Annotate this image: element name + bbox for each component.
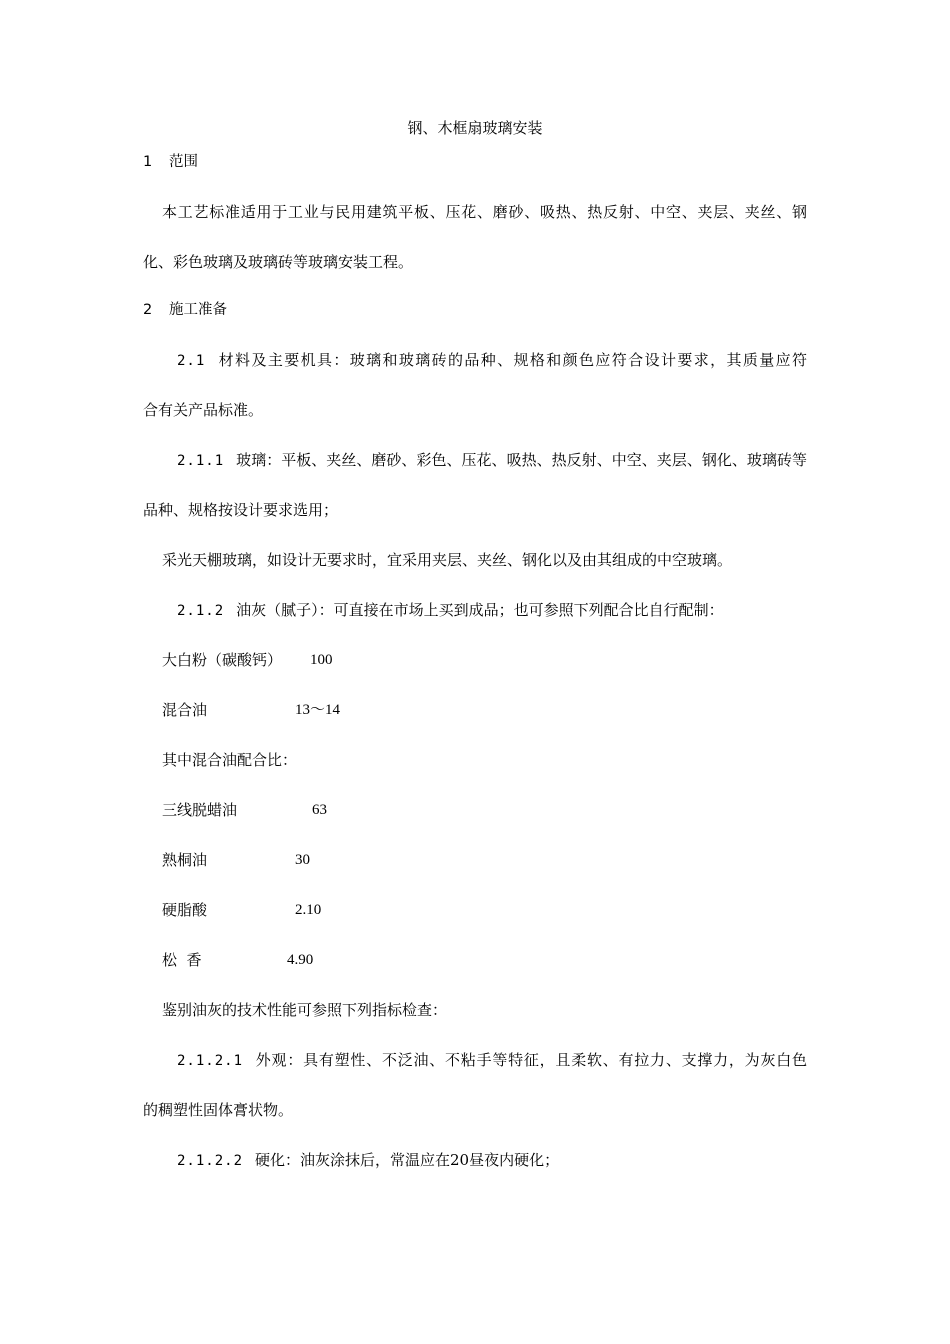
mix-item-name: 松 香 [162, 950, 202, 970]
clause-number: 2.1.2.2 [177, 1153, 243, 1169]
mix-item-value: 30 [295, 850, 310, 870]
clause-2-1-line1: 2.1材料及主要机具：玻璃和玻璃砖的品种、规格和颜色应符合设计要求，其质量应符 [177, 350, 807, 371]
clause-number: 2.1.2.1 [177, 1053, 243, 1069]
mix-item-name: 三线脱蜡油 [162, 800, 237, 820]
mix-item-value: 100 [310, 650, 333, 670]
clause-2-1-1-line1: 2.1.1玻璃：平板、夹丝、磨砂、彩色、压花、吸热、热反射、中空、夹层、钢化、玻… [177, 450, 807, 471]
check-label: 鉴别油灰的技术性能可参照下列指标检查： [162, 1000, 447, 1020]
clause-text: 玻璃：平板、夹丝、磨砂、彩色、压花、吸热、热反射、中空、夹层、钢化、玻璃砖等 [236, 451, 807, 469]
clause-2-1-2-1-line1: 2.1.2.1外观：具有塑性、不泛油、不粘手等特征，且柔软、有拉力、支撑力，为灰… [177, 1050, 807, 1071]
paragraph-line: 本工艺标准适用于工业与民用建筑平板、压花、磨砂、吸热、热反射、中空、夹层、夹丝、… [162, 202, 807, 222]
mix-item-value: 63 [312, 800, 327, 820]
mix-item-value: 4.90 [287, 950, 313, 970]
clause-2-1-2-line1: 2.1.2油灰（腻子）：可直接在市场上买到成品；也可参照下列配合比自行配制： [177, 600, 724, 621]
clause-text: 外观：具有塑性、不泛油、不粘手等特征，且柔软、有拉力、支撑力，为灰白色 [255, 1051, 807, 1069]
section-title: 范围 [169, 154, 198, 170]
clause-2-1-1-note: 采光天棚玻璃，如设计无要求时，宜采用夹层、夹丝、钢化以及由其组成的中空玻璃。 [162, 550, 732, 570]
clause-2-1-2-1-line2: 的稠塑性固体膏状物。 [143, 1100, 293, 1120]
clause-2-1-2-2-line1: 2.1.2.2硬化：油灰涂抹后，常温应在20昼夜内硬化； [177, 1150, 559, 1171]
clause-text: 油灰（腻子）：可直接在市场上买到成品；也可参照下列配合比自行配制： [236, 601, 724, 619]
mix-item-name: 混合油 [162, 700, 207, 720]
clause-text: 硬化：油灰涂抹后，常温应在20昼夜内硬化； [255, 1151, 559, 1169]
section-1-heading: 1范围 [143, 152, 198, 172]
document-page: 钢、木框扇玻璃安装 1范围 本工艺标准适用于工业与民用建筑平板、压花、磨砂、吸热… [0, 0, 950, 1344]
oil-mix-label: 其中混合油配合比： [162, 750, 297, 770]
mix-item-name: 熟桐油 [162, 850, 207, 870]
section-title: 施工准备 [169, 302, 227, 318]
document-title: 钢、木框扇玻璃安装 [0, 118, 950, 138]
clause-number: 2.1.2 [177, 603, 224, 619]
clause-text: 材料及主要机具：玻璃和玻璃砖的品种、规格和颜色应符合设计要求，其质量应符 [217, 351, 807, 369]
mix-item-value: 2.10 [295, 900, 321, 920]
clause-number: 2.1.1 [177, 453, 224, 469]
mix-item-name: 硬脂酸 [162, 900, 207, 920]
section-2-heading: 2施工准备 [143, 300, 227, 320]
mix-item-value: 13～14 [295, 700, 340, 720]
clause-2-1-1-line2: 品种、规格按设计要求选用； [143, 500, 338, 520]
clause-number: 2.1 [177, 353, 205, 369]
clause-2-1-line2: 合有关产品标准。 [143, 400, 263, 420]
section-number: 1 [143, 152, 169, 172]
paragraph-line: 化、彩色玻璃及玻璃砖等玻璃安装工程。 [143, 252, 413, 272]
mix-item-name: 大白粉（碳酸钙） [162, 650, 282, 670]
section-number: 2 [143, 300, 169, 320]
